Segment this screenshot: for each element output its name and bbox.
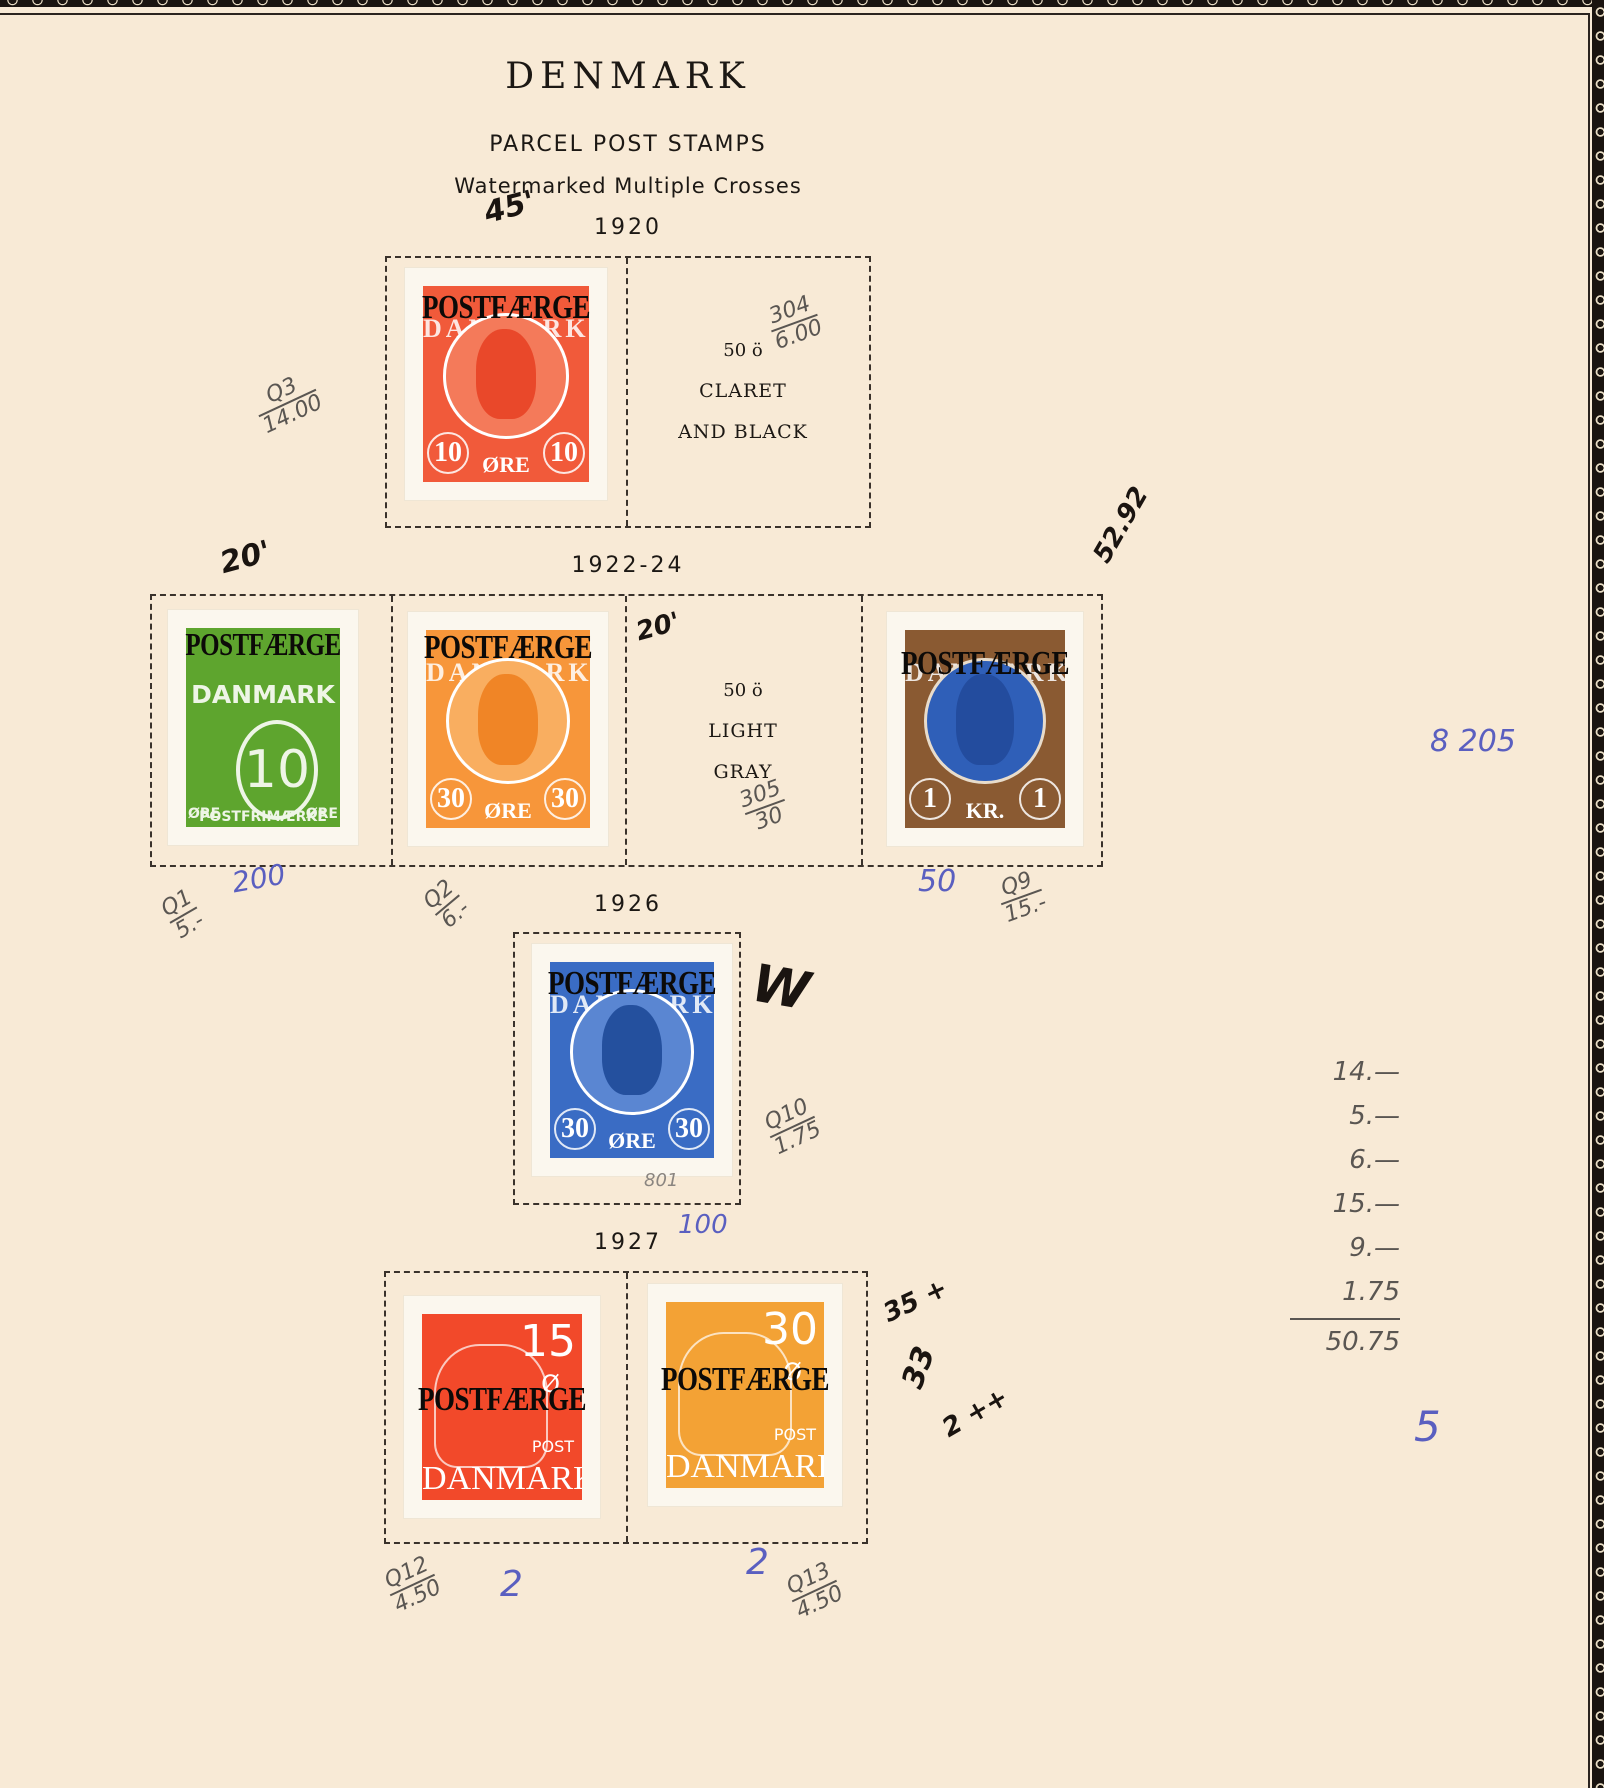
overprint-text: POSTFÆRGE [404, 1380, 600, 1419]
annotation-pencil-tally: 14.— 5.— 6.— 15.— 9.— 1.75 50.75 [1290, 1050, 1400, 1364]
album-page: DENMARK PARCEL POST STAMPS Watermarked M… [0, 0, 1604, 1788]
value-unit: KR. [905, 798, 1065, 824]
annotation-pencil-q2: Q26.- [419, 876, 475, 935]
overprint-text: POSTFÆRGE [532, 964, 732, 1003]
stamp-1922-1kr-brown-blue[interactable]: DANMARK 1 1 KR. POSTFÆRGE [887, 612, 1083, 846]
value-numeral: 15 [520, 1316, 576, 1367]
issue-year-1920: 1920 [594, 215, 662, 240]
annotation-pencil-q3: Q314.00 [248, 367, 326, 439]
overprint-text: POSTFÆRGE [408, 628, 608, 667]
value-unit: ØRE [423, 452, 589, 478]
annotation-pencil: 801 [644, 1170, 678, 1191]
annotation-ink: 35 + [879, 1273, 952, 1329]
portrait-head [956, 674, 1014, 765]
stamp-1926-30ore-blue[interactable]: DANMARK 30 30 ØRE POSTFÆRGE [532, 944, 732, 1176]
space-divider [626, 1273, 628, 1542]
issue-year-1926: 1926 [594, 892, 662, 917]
stamp-1927-30ore-yellow[interactable]: 30 Ø POST DANMARK POSTFÆRGE [648, 1284, 842, 1506]
overprint-text: POSTFÆRGE [887, 644, 1083, 683]
portrait-head [602, 1005, 661, 1095]
stamp-1922-10ore-green[interactable]: DANMARK 10 ØREØRE POSTFRIMÆRKE POSTFÆRGE [168, 610, 358, 845]
value-unit: ØRE [550, 1128, 714, 1154]
overprint-text: POSTFÆRGE [648, 1360, 842, 1399]
annotation-blue: 2 [746, 1542, 769, 1583]
stamp-1920-10ore[interactable]: DANMARK 10 10 ØRE POSTFÆRGE [405, 268, 607, 500]
tally-line: 14.— [1290, 1050, 1400, 1094]
stamp-bottom-text: POSTFRIMÆRKE [186, 809, 340, 825]
decorative-border-top [0, 0, 1604, 7]
space-desc-line: AND BLACK [678, 412, 808, 453]
stamp-1922-30ore-orange[interactable]: DANMARK 30 30 ØRE POSTFÆRGE [408, 612, 608, 846]
tally-line: 1.75 [1290, 1270, 1400, 1314]
annotation-ink: 2 ++ [937, 1382, 1013, 1443]
annotation-blue: 100 [678, 1210, 728, 1240]
frame-line-right [1588, 13, 1590, 1788]
tally-line: 6.— [1290, 1138, 1400, 1182]
space-desc-line: LIGHT [708, 711, 778, 752]
stamp-1927-15ore-red[interactable]: 15 Ø POST DANMARK POSTFÆRGE [404, 1296, 600, 1518]
tally-line: 9.— [1290, 1226, 1400, 1270]
empty-space-1922-50ore: 50 ö LIGHT GRAY [708, 670, 778, 793]
stamp-post-text: POST [774, 1425, 816, 1444]
section-title: PARCEL POST STAMPS [489, 132, 767, 157]
space-value: 50 ö [708, 670, 778, 711]
annotation-pencil-q13: Q134.50 [782, 1558, 848, 1624]
annotation-blue: 50 [918, 864, 956, 899]
annotation-blue: 8 205 [1430, 724, 1516, 759]
space-divider [626, 258, 628, 526]
annotation-ink-checkmark: W [747, 953, 814, 1022]
annotation-pencil-q12: Q124.50 [380, 1552, 446, 1618]
portrait-head [478, 674, 537, 765]
annotation-pencil-q1: Q15.- [158, 886, 210, 945]
value-unit: ØRE [426, 798, 590, 824]
annotation-pencil-q9: Q915.- [993, 866, 1051, 928]
space-divider [391, 596, 393, 865]
space-divider [625, 596, 627, 865]
portrait-head [476, 329, 536, 419]
tally-line: 5.— [1290, 1094, 1400, 1138]
decorative-border-right [1592, 0, 1604, 1788]
space-desc-line: CLARET [678, 371, 808, 412]
frame-line-top [0, 13, 1590, 15]
stamp-country-text: DANMARK [422, 1460, 582, 1498]
page-title: DENMARK [505, 56, 751, 97]
issue-year-1922-24: 1922-24 [572, 553, 685, 578]
annotation-blue: 2 [500, 1564, 523, 1605]
tally-line: 15.— [1290, 1182, 1400, 1226]
tally-total: 50.75 [1290, 1318, 1400, 1364]
overprint-text: POSTFÆRGE [168, 629, 358, 664]
stamp-post-text: POST [532, 1437, 574, 1456]
stamp-country-text: DANMARK [666, 1448, 824, 1486]
annotation-pencil-q10: Q101.75 [760, 1094, 826, 1160]
annotation-ink: 52.92 [1088, 482, 1155, 568]
annotation-ink: 33 [895, 1342, 942, 1393]
stamp-country-text: DANMARK [186, 680, 340, 709]
issue-year-1927: 1927 [594, 1230, 662, 1255]
overprint-text: POSTFÆRGE [405, 288, 607, 327]
annotation-blue: 5 [1414, 1402, 1441, 1451]
value-numeral: 10 [236, 720, 318, 820]
space-divider [861, 596, 863, 865]
annotation-ink: 20' [216, 534, 274, 581]
value-numeral: 30 [762, 1304, 818, 1355]
